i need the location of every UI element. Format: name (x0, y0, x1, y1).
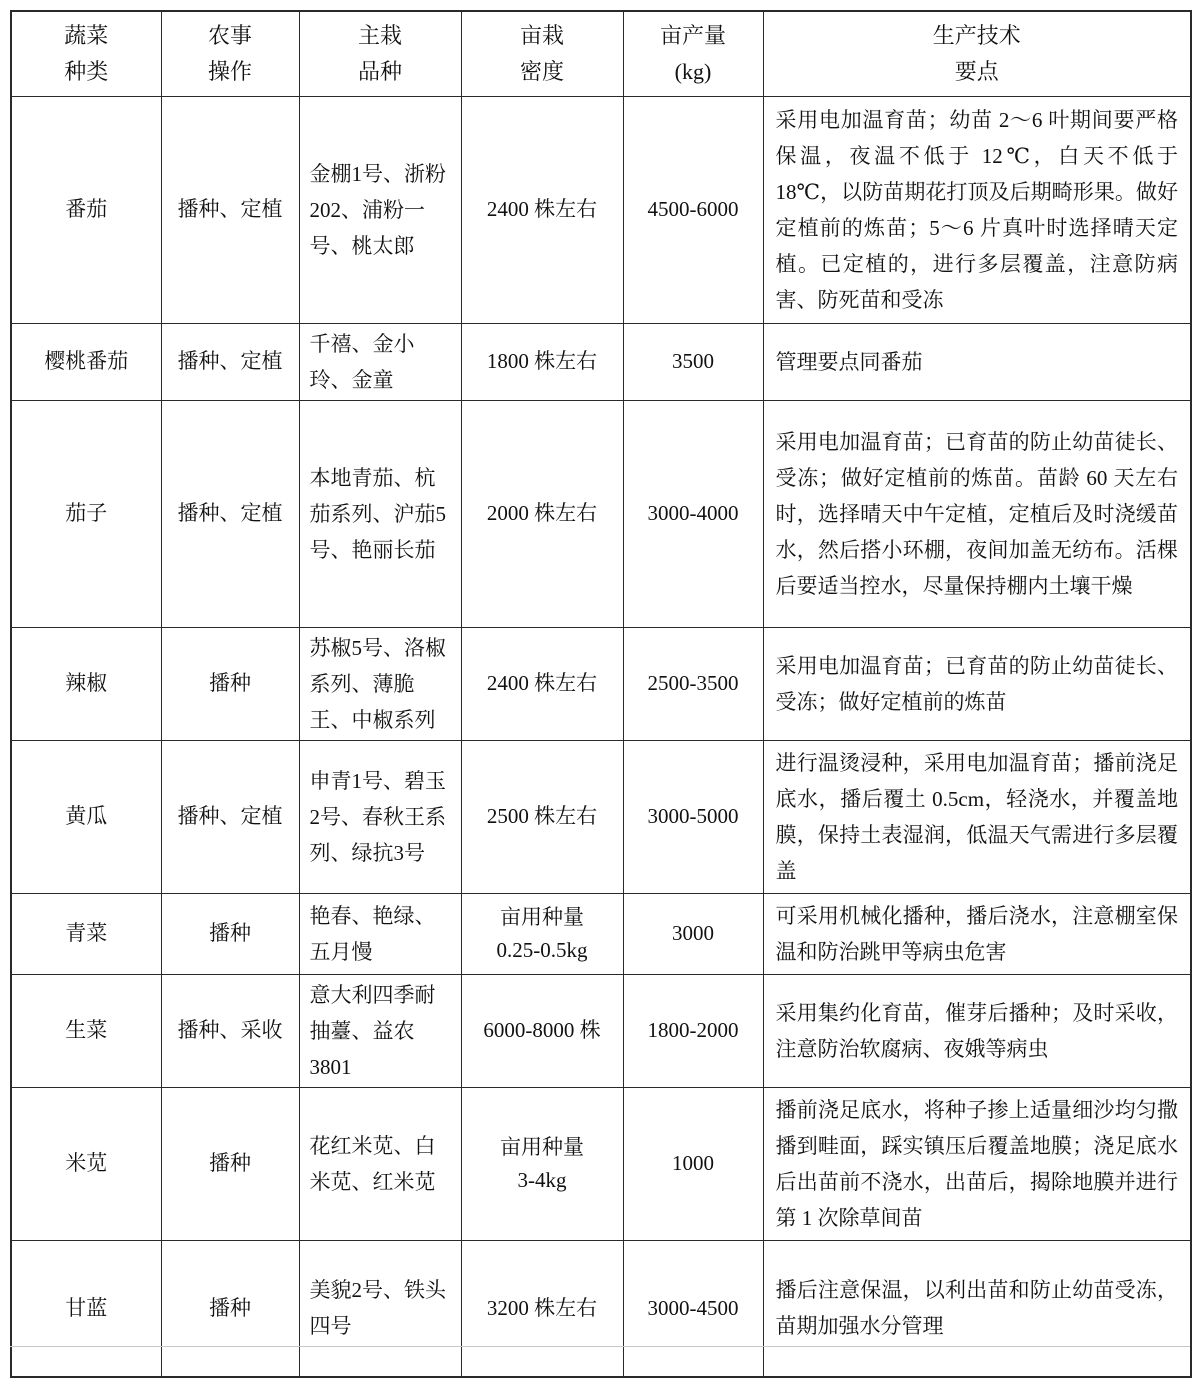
cell-vegetable: 番茄 (11, 96, 161, 323)
cell-vegetable: 黄瓜 (11, 740, 161, 893)
table-row: 茄子 播种、定植 本地青茄、杭茄系列、沪茄5号、艳丽长茄 2000 株左右 30… (11, 400, 1191, 627)
document-page: 蔬菜 种类 农事 操作 主栽 品种 亩栽 密度 亩产量 (kg) (0, 0, 1200, 1378)
table-row: 辣椒 播种 苏椒5号、洛椒系列、薄脆王、中椒系列 2400 株左右 2500-3… (11, 627, 1191, 740)
col-header-production-technique: 生产技术 要点 (763, 11, 1191, 96)
cell-density: 2400 株左右 (461, 96, 623, 323)
cell-operation: 播种、定植 (161, 400, 299, 627)
col-header-yield-per-mu: 亩产量 (kg) (623, 11, 763, 96)
cell-operation: 播种、定植 (161, 96, 299, 323)
cell-varieties: 苏椒5号、洛椒系列、薄脆王、中椒系列 (299, 627, 461, 740)
cell-varieties: 花红米苋、白米苋、红米苋 (299, 1087, 461, 1240)
cell-density: 亩用种量 3-4kg (461, 1087, 623, 1240)
header-line: (kg) (628, 54, 759, 90)
table-row: 番茄 播种、定植 金棚1号、浙粉202、浦粉一号、桃太郎 2400 株左右 45… (11, 96, 1191, 323)
cell-yield: 3000-4000 (623, 400, 763, 627)
header-line: 种类 (16, 54, 157, 90)
cell-yield: 2500-3500 (623, 627, 763, 740)
cell-yield: 1000 (623, 1087, 763, 1240)
cell-varieties: 意大利四季耐抽薹、益农3801 (299, 974, 461, 1087)
cell-varieties: 艳春、艳绿、五月慢 (299, 893, 461, 974)
cell-technique: 进行温烫浸种，采用电加温育苗；播前浇足底水，播后覆土 0.5cm，轻浇水，并覆盖… (763, 740, 1191, 893)
cell-technique: 采用电加温育苗；已育苗的防止幼苗徒长、受冻；做好定植前的炼苗 (763, 627, 1191, 740)
table-row: 青菜 播种 艳春、艳绿、五月慢 亩用种量 0.25-0.5kg 3000 可采用… (11, 893, 1191, 974)
cell-technique: 播后注意保温，以利出苗和防止幼苗受冻，苗期加强水分管理 (763, 1240, 1191, 1377)
cell-varieties: 美貌2号、铁头四号 (299, 1240, 461, 1377)
cell-technique: 采用电加温育苗；幼苗 2～6 叶期间要严格保温，夜温不低于 12℃，白天不低于 … (763, 96, 1191, 323)
cell-vegetable: 辣椒 (11, 627, 161, 740)
cell-vegetable: 甘蓝 (11, 1240, 161, 1377)
cell-operation: 播种、定植 (161, 740, 299, 893)
cell-density: 1800 株左右 (461, 323, 623, 400)
cell-operation: 播种 (161, 627, 299, 740)
cell-yield: 3000 (623, 893, 763, 974)
header-line: 亩产量 (628, 18, 759, 54)
cell-technique: 管理要点同番茄 (763, 323, 1191, 400)
cell-yield: 3500 (623, 323, 763, 400)
cell-varieties: 本地青茄、杭茄系列、沪茄5号、艳丽长茄 (299, 400, 461, 627)
col-header-vegetable-type: 蔬菜 种类 (11, 11, 161, 96)
cell-technique: 采用集约化育苗，催芽后播种；及时采收，注意防治软腐病、夜娥等病虫 (763, 974, 1191, 1087)
header-row: 蔬菜 种类 农事 操作 主栽 品种 亩栽 密度 亩产量 (kg) (11, 11, 1191, 96)
cell-varieties: 千禧、金小玲、金童 (299, 323, 461, 400)
cell-yield: 3000-4500 (623, 1240, 763, 1377)
header-line: 农事 (166, 18, 295, 54)
cell-operation: 播种 (161, 1240, 299, 1377)
header-line: 要点 (768, 54, 1187, 90)
table-row: 樱桃番茄 播种、定植 千禧、金小玲、金童 1800 株左右 3500 管理要点同… (11, 323, 1191, 400)
cell-vegetable: 青菜 (11, 893, 161, 974)
cell-operation: 播种、定植 (161, 323, 299, 400)
header-line: 操作 (166, 54, 295, 90)
col-header-farm-operation: 农事 操作 (161, 11, 299, 96)
header-line: 品种 (304, 54, 457, 90)
cell-density: 3200 株左右 (461, 1240, 623, 1377)
page-bottom-edge-line (10, 1346, 1190, 1347)
cell-technique: 采用电加温育苗；已育苗的防止幼苗徒长、受冻；做好定植前的炼苗。苗龄 60 天左右… (763, 400, 1191, 627)
header-line: 蔬菜 (16, 18, 157, 54)
cell-density: 亩用种量 0.25-0.5kg (461, 893, 623, 974)
col-header-main-varieties: 主栽 品种 (299, 11, 461, 96)
cell-varieties: 金棚1号、浙粉202、浦粉一号、桃太郎 (299, 96, 461, 323)
table-row: 米苋 播种 花红米苋、白米苋、红米苋 亩用种量 3-4kg 1000 播前浇足底… (11, 1087, 1191, 1240)
cell-operation: 播种 (161, 1087, 299, 1240)
header-line: 亩栽 (466, 18, 619, 54)
cell-density: 6000-8000 株 (461, 974, 623, 1087)
cell-vegetable: 米苋 (11, 1087, 161, 1240)
cell-vegetable: 茄子 (11, 400, 161, 627)
cell-density: 2500 株左右 (461, 740, 623, 893)
cell-vegetable: 生菜 (11, 974, 161, 1087)
cell-yield: 4500-6000 (623, 96, 763, 323)
header-line: 主栽 (304, 18, 457, 54)
cell-operation: 播种、采收 (161, 974, 299, 1087)
table-row: 生菜 播种、采收 意大利四季耐抽薹、益农3801 6000-8000 株 180… (11, 974, 1191, 1087)
header-line: 生产技术 (768, 18, 1187, 54)
cell-yield: 1800-2000 (623, 974, 763, 1087)
cell-operation: 播种 (161, 893, 299, 974)
col-header-planting-density: 亩栽 密度 (461, 11, 623, 96)
table-row: 黄瓜 播种、定植 申青1号、碧玉2号、春秋王系列、绿抗3号 2500 株左右 3… (11, 740, 1191, 893)
cell-varieties: 申青1号、碧玉2号、春秋王系列、绿抗3号 (299, 740, 461, 893)
cell-technique: 播前浇足底水，将种子掺上适量细沙均匀撒播到畦面，踩实镇压后覆盖地膜；浇足底水后出… (763, 1087, 1191, 1240)
cell-vegetable: 樱桃番茄 (11, 323, 161, 400)
cell-density: 2400 株左右 (461, 627, 623, 740)
cell-yield: 3000-5000 (623, 740, 763, 893)
vegetable-production-table: 蔬菜 种类 农事 操作 主栽 品种 亩栽 密度 亩产量 (kg) (10, 10, 1192, 1378)
cell-technique: 可采用机械化播种，播后浇水，注意棚室保温和防治跳甲等病虫危害 (763, 893, 1191, 974)
header-line: 密度 (466, 54, 619, 90)
cell-density: 2000 株左右 (461, 400, 623, 627)
table-row: 甘蓝 播种 美貌2号、铁头四号 3200 株左右 3000-4500 播后注意保… (11, 1240, 1191, 1377)
